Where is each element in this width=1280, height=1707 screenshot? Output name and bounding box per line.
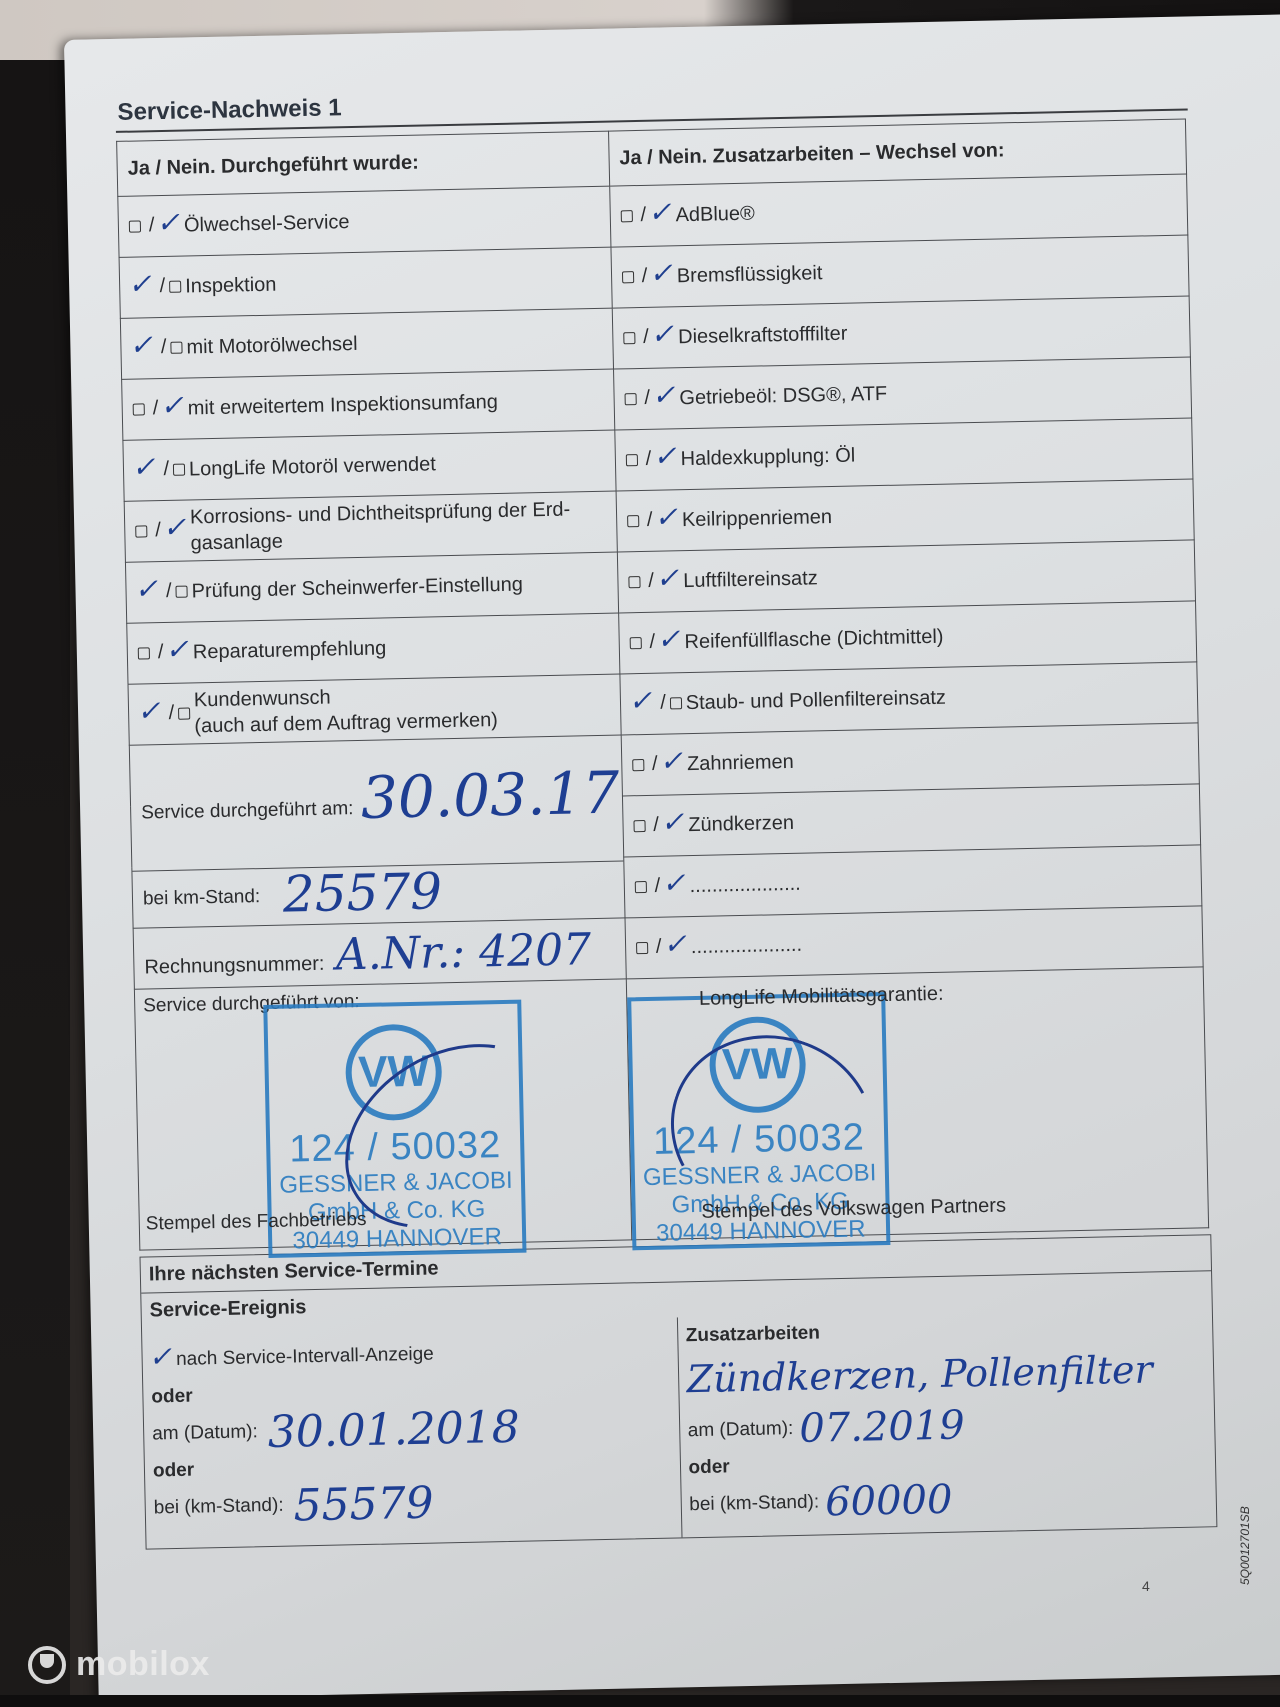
partner-stamp-cell: VW124 / 50032GESSNER & JACOBIGmbH & Co. … (626, 967, 1209, 1240)
checklist-item[interactable]: ✓/mit Motorölwechsel (120, 308, 613, 379)
extra-work-value[interactable]: Zündkerzen, Pollenfilter (686, 1347, 1153, 1401)
service-date-value[interactable]: 30.03.17 (360, 759, 620, 832)
item-label-line2: gasanlage (190, 531, 283, 555)
photo-background-bottom (0, 1695, 1280, 1707)
mobility-guarantee-label: LongLife Mobilitätsgarantie: (699, 983, 944, 1011)
item-label-line2: (auch auf dem Auftrag vermerken) (194, 709, 498, 737)
item-label: Zahnriemen (687, 750, 794, 774)
separator: / (656, 936, 662, 958)
separator: / (158, 641, 164, 663)
invoice-cell: Rechnungsnummer: A.Nr.: 4207 (133, 918, 626, 989)
service-info: Service durchgeführt am:30.03.17bei km-S… (129, 735, 624, 928)
checklist-item[interactable]: ✓/Inspektion (119, 247, 612, 318)
check-icon[interactable]: ✓ (655, 561, 679, 594)
form-code: 5Q0012701SB (1238, 1506, 1252, 1585)
check-icon[interactable]: ✓ (129, 328, 153, 361)
checkbox[interactable] (632, 759, 644, 771)
check-icon[interactable]: ✓ (652, 378, 676, 411)
item-label: mit erweitertem Inspektionsumfang (188, 390, 499, 418)
invoice-label: Rechnungsnummer: (144, 952, 325, 978)
separator: / (645, 448, 651, 470)
item-label: LongLife Motoröl verwendet (189, 453, 436, 480)
checkbox[interactable] (175, 586, 187, 598)
item-label: Kundenwunsch (194, 687, 331, 712)
checklist-item[interactable]: ✓/Kundenwunsch(auch auf dem Auftrag verm… (128, 674, 621, 745)
checkbox[interactable] (627, 515, 639, 527)
checkbox[interactable] (626, 454, 638, 466)
separator: / (649, 631, 655, 653)
check-icon[interactable]: ✓ (660, 805, 684, 838)
item-label: Korrosions- und Dichtheitsprüfung der Er… (190, 499, 571, 529)
page-number: 4 (1142, 1578, 1150, 1594)
check-icon[interactable]: ✓ (134, 572, 158, 605)
separator: / (168, 702, 174, 724)
checkbox[interactable] (620, 210, 632, 222)
separator: / (648, 570, 654, 592)
service-record: Service-Nachweis 1 Ja / Nein. Durchgefüh… (115, 75, 1265, 1549)
separator: / (163, 458, 169, 480)
km-label: bei (km-Stand): (154, 1495, 284, 1520)
check-icon[interactable]: ✓ (659, 744, 683, 777)
separator: / (654, 875, 660, 897)
watermark: mobilox (28, 1645, 210, 1684)
extra-date-label: am (Datum): (688, 1418, 794, 1442)
item-label: Bremsflüssigkeit (677, 262, 823, 287)
separator: / (644, 387, 650, 409)
checkbox[interactable] (636, 942, 648, 954)
checklist-item[interactable]: /✓mit erweitertem Inspektionsumfang (122, 369, 615, 440)
check-icon[interactable]: ✓ (650, 317, 674, 350)
separator: / (653, 814, 659, 836)
checkbox[interactable] (622, 271, 634, 283)
checkbox[interactable] (170, 342, 182, 354)
checkbox[interactable] (138, 647, 150, 659)
item-label: mit Motorölwechsel (186, 332, 358, 358)
checkbox[interactable] (173, 464, 185, 476)
check-icon: ✓ (148, 1340, 172, 1373)
checklist-item[interactable]: /✓Ölwechsel-Service (118, 186, 611, 257)
separator: / (640, 204, 646, 226)
left-column-header: Ja / Nein. Durchgeführt wurde: (117, 131, 610, 196)
check-icon[interactable]: ✓ (648, 195, 672, 228)
checkbox[interactable] (670, 697, 682, 709)
separator: / (159, 275, 165, 297)
service-table: Ja / Nein. Durchgeführt wurde:Ja / Nein.… (116, 119, 1209, 1251)
separator: / (642, 265, 648, 287)
item-label: Keilrippenriemen (682, 506, 833, 531)
check-icon[interactable]: ✓ (663, 927, 687, 960)
check-icon[interactable]: ✓ (657, 622, 681, 655)
check-icon[interactable]: ✓ (160, 388, 184, 421)
photo-background-left (0, 60, 70, 1707)
check-icon[interactable]: ✓ (662, 866, 686, 899)
item-label: .................... (691, 933, 803, 957)
checklist-item[interactable]: ✓/Prüfung der Scheinwerfer-Einstellung (125, 552, 618, 623)
checklist-item[interactable]: ✓/LongLife Motoröl verwendet (123, 430, 616, 501)
mobilox-logo-icon (28, 1646, 66, 1684)
checklist-item[interactable]: /✓Korrosions- und Dichtheitsprüfung der … (124, 491, 617, 562)
interval-label: nach Service-Intervall-Anzeige (176, 1344, 434, 1371)
separator: / (155, 519, 161, 541)
item-label: Haldexkupplung: Öl (680, 444, 855, 470)
check-icon[interactable]: ✓ (128, 267, 152, 300)
checklist-item[interactable]: /✓Reparaturempfehlung (127, 613, 620, 684)
service-date-label: Service durchgeführt am: (141, 798, 354, 824)
checkbox[interactable] (169, 281, 181, 293)
checkbox[interactable] (135, 525, 147, 537)
next-date-value[interactable]: 30.01.2018 (267, 1401, 520, 1457)
check-icon[interactable]: ✓ (137, 694, 161, 727)
next-km-value[interactable]: 55579 (293, 1477, 434, 1531)
item-label: Inspektion (185, 273, 277, 297)
service-event-column: ✓ nach Service-Intervall-Anzeige oder am… (142, 1317, 681, 1548)
separator: / (652, 753, 658, 775)
checkbox[interactable] (628, 576, 640, 588)
km-value[interactable]: 25579 (282, 862, 442, 923)
checkbox[interactable] (633, 820, 645, 832)
check-icon[interactable]: ✓ (654, 500, 678, 533)
separator: / (149, 214, 155, 236)
extra-work-column: Zusatzarbeiten Zündkerzen, Pollenfilter … (676, 1306, 1216, 1537)
item-label: Dieselkraftstofffilter (678, 322, 848, 348)
item-label: Staub- und Pollenfiltereinsatz (686, 686, 947, 713)
separator: / (161, 336, 167, 358)
check-icon[interactable]: ✓ (132, 450, 156, 483)
dealer-stamp-cell: Service durchgeführt von:VW124 / 50032GE… (134, 979, 631, 1250)
separator: / (660, 692, 666, 714)
checkbox[interactable] (133, 403, 145, 415)
check-icon[interactable]: ✓ (162, 510, 186, 543)
checkbox[interactable] (178, 708, 190, 720)
item-label: Prüfung der Scheinwerfer-Einstellung (191, 573, 523, 602)
item-label: Getriebeöl: DSG®, ATF (679, 382, 887, 408)
item-label: AdBlue® (675, 202, 755, 226)
checkbox[interactable] (624, 393, 636, 405)
check-icon[interactable]: ✓ (649, 256, 673, 289)
extra-km-label: bei (km-Stand): (689, 1492, 819, 1517)
checkbox[interactable] (634, 881, 646, 893)
checkbox[interactable] (129, 220, 141, 232)
check-icon[interactable]: ✓ (628, 683, 652, 716)
watermark-text: mobilox (76, 1645, 210, 1684)
km-label: bei km-Stand: (143, 886, 261, 910)
separator: / (166, 580, 172, 602)
check-icon[interactable]: ✓ (165, 632, 189, 665)
next-service-section: Ihre nächsten Service-Termine Service-Er… (139, 1234, 1217, 1549)
check-icon[interactable]: ✓ (653, 439, 677, 472)
separator: / (647, 509, 653, 531)
date-label: am (Datum): (152, 1421, 258, 1445)
extra-date-value[interactable]: 07.2019 (799, 1402, 965, 1451)
item-label: Reparaturempfehlung (193, 637, 387, 663)
item-label: Reifenfüllflasche (Dichtmittel) (684, 625, 943, 652)
separator: / (643, 326, 649, 348)
item-label: Ölwechsel-Service (184, 211, 350, 236)
item-label: Luftfiltereinsatz (683, 567, 818, 592)
dealer-stamp-label: Stempel des Fachbetriebs (146, 1209, 367, 1236)
check-icon[interactable]: ✓ (156, 205, 180, 238)
service-booklet-page: Service-Nachweis 1 Ja / Nein. Durchgefüh… (64, 14, 1280, 1699)
item-label: Zündkerzen (688, 811, 794, 835)
checkbox[interactable] (623, 332, 635, 344)
checkbox[interactable] (629, 637, 641, 649)
separator: / (153, 397, 159, 419)
invoice-value[interactable]: A.Nr.: 4207 (335, 924, 591, 980)
item-label: .................... (689, 872, 801, 896)
extra-km-value[interactable]: 60000 (825, 1477, 953, 1526)
